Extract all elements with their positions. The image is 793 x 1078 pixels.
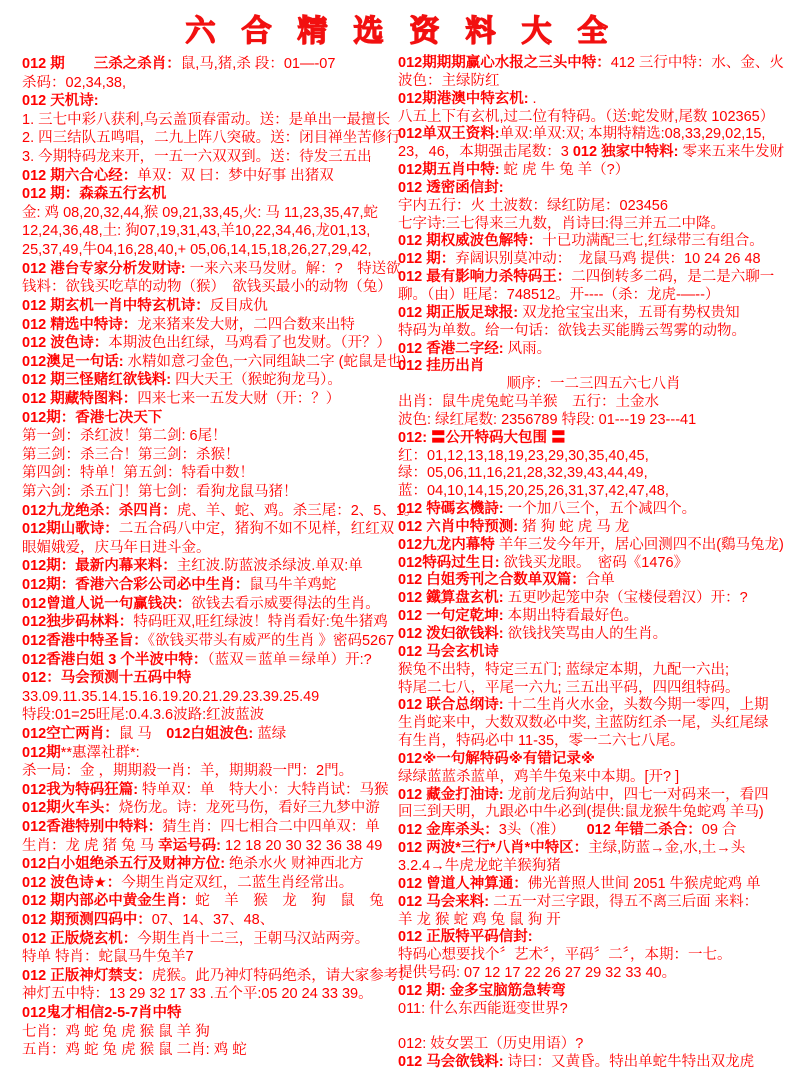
text-line: 七字诗:三七得来三九数，肖诗曰:得三并五二中降。 xyxy=(398,216,789,234)
text-line: 012 期六合心经：单双：双 曰：梦中好事 出猪双 xyxy=(22,167,394,186)
text-line: 23，46，本期强击尾数：3 012 独家中特料: 零来五来牛发财 xyxy=(398,144,789,162)
text-line xyxy=(398,1019,789,1037)
line-text: 出肖：鼠牛虎兔蛇马羊猴 五行：土金水 xyxy=(398,394,659,410)
line-label: 012空亡两肖： xyxy=(22,726,119,742)
text-line: 012期山歌诗：二五合码八中定，猪狗不如不见样，红红双 xyxy=(22,520,394,539)
text-line: 绿：05,06,11,16,21,28,32,39,43,44,49, xyxy=(398,465,789,483)
text-line: 神灯五中特：13 29 32 17 33 .五个平:05 20 24 33 39… xyxy=(22,985,394,1004)
text-line: 012 天机诗: xyxy=(22,92,394,111)
text-line: 012: 妓女罢工（历史用语）? xyxy=(398,1036,789,1054)
line-label: 012 香港二字经: xyxy=(398,341,504,357)
text-line: 特单 特肖：蛇鼠马牛兔羊7 xyxy=(22,948,394,967)
line-label: 012白姐波色: xyxy=(166,726,253,742)
line-text: 主红波.防蓝波杀绿波.单双:单 xyxy=(177,558,363,574)
text-line: 012香港白姐 3 个半波中特：（蓝双＝蓝单＝绿单）开:? xyxy=(22,651,394,670)
line-text: 生肖：龙 虎 猪 兔 马 xyxy=(22,838,158,854)
text-line: 012 正版神灯禁支：虎猴。此乃神灯特码绝杀，请大家参考！ xyxy=(22,967,394,986)
line-label: 012※一句解特码※有错记录※ xyxy=(398,751,595,767)
line-text: 四来七来一五发大财（开：？） xyxy=(137,391,340,407)
text-line: 012 鐵算盘玄机: 五更吵起笼中杂（宝楼侵碧汉）开：? xyxy=(398,590,789,608)
text-line: 012鬼才相信2-5-7肖中特 xyxy=(22,1004,394,1023)
line-text: 风雨。 xyxy=(504,341,552,357)
text-line: 012 期: 金多宝脑筋急转弯 xyxy=(398,983,789,1001)
page-title: 六合精选资料大全 xyxy=(0,0,793,49)
text-line: 012 挂历出肖 xyxy=(398,358,789,376)
line-text: 杀码：02,34,38, xyxy=(22,75,126,91)
text-line: 钱料：欲钱买吃草的动物（猴） 欲钱买最小的动物（兔） xyxy=(22,278,394,297)
line-text: 《欲钱买带头有威严的生肖 》密码5267 xyxy=(148,633,395,649)
text-line: 012澳足一句话: 水精如意刁金色,一六同组缺二字 (蛇鼠是也) xyxy=(22,353,394,372)
line-label: 012特码过生日: xyxy=(398,555,500,571)
text-line: 特码心想要找个〞艺术〞，平码〞二〞，本期：一七。 xyxy=(398,947,789,965)
text-line: 3.2.4→牛虎龙蛇羊猴狗猪 xyxy=(398,858,789,876)
text-line: 第一剑：杀红波！第二剑: 6尾！ xyxy=(22,427,394,446)
line-text: 五肖：鸡 蛇 兔 虎 猴 鼠 二肖: 鸡 蛇 xyxy=(22,1042,247,1058)
line-text: 鼠,马,猪,杀 段：01—-07 xyxy=(181,56,336,72)
line-text: 特码旺双,旺红绿波！特肖看好:兔牛猪鸡 xyxy=(133,614,388,630)
line-text: 二五合码八中定，猪狗不如不见样，红红双 xyxy=(119,521,395,537)
text-line: 012白小姐绝杀五行及财神方位: 绝杀水火 财神西北方 xyxy=(22,855,394,874)
line-text: 绿：05,06,11,16,21,28,32,39,43,44,49, xyxy=(398,465,648,481)
text-line: 012期火车头：烧伤龙。诗：龙死马伤，看好三九梦中游 xyxy=(22,799,394,818)
text-line: 33.09.11.35.14.15.16.19.20.21.29.23.39.2… xyxy=(22,688,394,707)
line-label: 012 期: 金多宝脑筋急转弯 xyxy=(398,983,566,999)
line-label: 012 正版烧玄机： xyxy=(22,931,137,947)
line-text: 猜生肖：四七相合二中四单双：单 xyxy=(162,819,380,835)
line-label: 012我为特码狂篇: xyxy=(22,782,138,798)
line-text: 诗曰：又黄昏。特出单蛇牛特出双龙虎 xyxy=(504,1054,755,1070)
line-label: 012 白姐秀刊之合数单双篇： xyxy=(398,572,586,588)
text-line: 012 曾道人神算通：佛光普照人世间 2051 牛猴虎蛇鸡 单 xyxy=(398,876,789,894)
line-label: 012 联合总纲诗: xyxy=(398,697,504,713)
line-label: 012期期期赢心水报之三头中特： xyxy=(398,55,611,71)
text-line: 绿绿蓝蓝杀蓝单，鸡羊牛兔来中本期。[开? ] xyxy=(398,769,789,787)
line-text: 有生肖，特码必中 11-35，零一二六七八尾。 xyxy=(398,733,685,749)
lottery-info-page: 六合精选资料大全 012 期 三杀之杀肖：鼠,马,猪,杀 段：01—-07杀码：… xyxy=(0,0,793,1078)
line-text: 七肖：鸡 蛇 兔 虎 猴 鼠 羊 狗 xyxy=(22,1024,210,1040)
text-line: 012 六肖中特预测: 猪 狗 蛇 虎 马 龙 xyxy=(398,519,789,537)
text-line: 012 期权威波色解特：十已功满配三七,红绿带三有组合。 xyxy=(398,233,789,251)
line-text: 绝杀水火 财神西北方 xyxy=(225,856,364,872)
line-label: 012 期 三杀之杀肖： xyxy=(22,56,181,72)
line-text: 特单 特肖：蛇鼠马牛兔羊7 xyxy=(22,949,194,965)
line-text: 本期出特看最好色。 xyxy=(504,608,639,624)
line-text: 12 18 20 30 32 36 38 49 xyxy=(221,838,382,854)
text-line: 012 白姐秀刊之合数单双篇：合单 xyxy=(398,572,789,590)
text-line: 012空亡两肖：鼠 马 012白姐波色: 蓝绿 xyxy=(22,725,394,744)
line-text: 第六剑：杀五门！第七剑：看狗龙鼠马猪！ xyxy=(22,484,298,500)
text-line: 012香港中特圣旨：《欲钱买带头有威严的生肖 》密码5267 xyxy=(22,632,394,651)
text-line: 第三剑：杀三合！第三剑：杀猴！ xyxy=(22,446,394,465)
line-label: 012香港特别中特料： xyxy=(22,819,162,835)
text-line: 012 透密函信封: xyxy=(398,180,789,198)
line-text: 一个加八三个，五个减四个。 xyxy=(504,501,697,517)
line-text: 聊。（由）旺尾：748512。开----（杀：龙虎-—--） xyxy=(398,287,719,303)
line-label: 012 港台专家分析发财诗: xyxy=(22,261,186,277)
text-line: 012 一句定乾坤: 本期出特看最好色。 xyxy=(398,608,789,626)
text-line: 012※一句解特码※有错记录※ xyxy=(398,751,789,769)
text-line: 012 期正版足球报: 双龙抢宝宝出来，五哥有势权贵知 xyxy=(398,305,789,323)
line-text: 顺序：一二三四五六七八肖 xyxy=(507,376,681,392)
line-text: 07、14、37、48、 xyxy=(152,912,275,928)
line-label: 012 期玄机一肖中特玄机诗： xyxy=(22,298,210,314)
line-text: 弃阔识别莫冲动： 龙鼠马鸡 提供：10 24 26 48 xyxy=(455,251,760,267)
line-label: 012单双王资料: xyxy=(398,126,500,142)
text-line: 杀一局：金 ，期期殺一肖：羊，期期殺一門：2門。 xyxy=(22,762,394,781)
text-line: 012九龙内幕特 羊年三发今年开，居心回测四不出(鷄马兔龙) xyxy=(398,537,789,555)
text-line: 012：马会预测十五码中特 xyxy=(22,669,394,688)
text-line: 012九龙绝杀：杀四肖：虎、羊、蛇、鸡。杀三尾：2、5、1。 xyxy=(22,502,394,521)
text-line: 012 精选中特诗：龙来猪来发大财，二四合数来出特 xyxy=(22,316,394,335)
text-line: 012独步码林料：特码旺双,旺红绿波！特肖看好:兔牛猪鸡 xyxy=(22,613,394,632)
line-text: 红：01,12,13,18,19,23,29,30,35,40,45, xyxy=(398,448,649,464)
text-line: 生肖蛇来中，大数双数必中奖, 主蓝防红杀一尾，头红尾绿 xyxy=(398,715,789,733)
text-line: 生肖：龙 虎 猪 兔 马 幸运号码: 12 18 20 30 32 36 38 … xyxy=(22,837,394,856)
line-text: 反目成仇 xyxy=(210,298,268,314)
line-label: 012鬼才相信2-5-7肖中特 xyxy=(22,1005,182,1021)
line-text: 零来五来牛发财 xyxy=(678,144,784,160)
text-line: 回三到天明，九跟必中牛必到(提供:鼠龙猴牛兔蛇鸡 羊马) xyxy=(398,804,789,822)
text-line: 012 波色诗：本期波色出红绿，马鸡看了也发财。（开？） xyxy=(22,334,394,353)
line-label: 012 一句定乾坤: xyxy=(398,608,504,624)
text-line: 3. 今期特码龙来开，一五一六双双到。送：待发三五出 xyxy=(22,148,394,167)
line-text: 欲钱找笑骂由人的生肖。 xyxy=(504,626,668,642)
line-label: 012 天机诗: xyxy=(22,93,99,109)
text-line: 2. 四三结队五鸣唱，二九上阵八突破。送：闭目禅坐苦修行 xyxy=(22,129,394,148)
line-label: 012 马会来料: xyxy=(398,894,489,910)
text-line: 012期期期赢心水报之三头中特：412 三行中特：水、金、火 xyxy=(398,55,789,73)
text-line: 012 期：弃阔识别莫冲动： 龙鼠马鸡 提供：10 24 26 48 xyxy=(398,251,789,269)
line-label: 012 透密函信封: xyxy=(398,180,504,196)
line-text: . xyxy=(529,91,537,107)
text-line: 012 联合总纲诗: 十二生肖火水金，头数今期一零四，上期 xyxy=(398,697,789,715)
line-text: 猪 狗 蛇 虎 马 龙 xyxy=(518,519,629,535)
line-label: 012 波色诗： xyxy=(22,335,108,351)
line-text: 单双:单双:双; 本期特精选:08,33,29,02,15, xyxy=(500,126,766,142)
text-line: 25,37,49,牛04,16,28,40,+ 05,06,14,15,18,2… xyxy=(22,241,394,260)
line-label: 012 独家中特料: xyxy=(573,144,679,160)
line-text: 回三到天明，九跟必中牛必到(提供:鼠龙猴牛兔蛇鸡 羊马) xyxy=(398,804,764,820)
text-line: 012期五肖中特: 蛇 虎 牛 兔 羊（?） xyxy=(398,162,789,180)
text-line: 012期：最新内幕来料：主红波.防蓝波杀绿波.单双:单 xyxy=(22,557,394,576)
text-line: 011: 什么东西能逛变世界? xyxy=(398,1001,789,1019)
line-label: 012 鐵算盘玄机: xyxy=(398,590,504,606)
line-text: 八五上下有玄机,过二位有特码。（送:蛇发财,尾数 102365） xyxy=(398,109,774,125)
line-text: 七字诗:三七得来三九数，肖诗曰:得三并五二中降。 xyxy=(398,216,725,232)
line-label: 012 期三怪赌红欲钱料: xyxy=(22,372,171,388)
line-text: 本期波色出红绿，马鸡看了也发财。（开？） xyxy=(108,335,391,351)
text-line: 012期港澳中特玄机: . xyxy=(398,91,789,109)
line-label: 012 正版特平码信封: xyxy=(398,929,533,945)
line-label: 012 两波*三行*八肖*中特区： xyxy=(398,840,588,856)
line-text: 欲钱去看示威要得法的生肖。 xyxy=(191,596,380,612)
line-text: 四大天王（猴蛇狗龙马）。 xyxy=(171,372,342,388)
line-label: 012九龙内幕特 xyxy=(398,537,495,553)
line-label: 012九龙绝杀：杀四肖： xyxy=(22,503,177,519)
line-text: 23，46，本期强击尾数：3 xyxy=(398,144,573,160)
line-text: 合单 xyxy=(586,572,615,588)
text-line: 012期：香港七决天下 xyxy=(22,409,394,428)
text-line: 特尾二七八，平尾一六九; 三五出平码，四四组特码。 xyxy=(398,680,789,698)
line-text: 特单双：单 特大小：大特肖试：马猴 xyxy=(138,782,389,798)
text-line: 012 期玄机一肖中特玄机诗：反目成仇 xyxy=(22,297,394,316)
line-label: 012 最有影响力杀特码王： xyxy=(398,269,571,285)
text-line: 特码为单数。给一句话：欲钱去买能腾云驾雾的动物。 xyxy=(398,323,789,341)
line-text: 特段:01=25旺尾:0.4.3.6波路:红波蓝波 xyxy=(22,707,264,723)
line-text: 二五一对三字跟，得五不离三后面 来料： xyxy=(489,894,758,910)
text-line: 眼媚娥爱，庆马年日进斗金。 xyxy=(22,539,394,558)
line-text: 波色: 绿红尾数: 2356789 特段: 01---19 23---41 xyxy=(398,412,696,428)
line-text: 虎猴。此乃神灯特码绝杀，请大家参考！ xyxy=(152,968,413,984)
line-text: 二四倒转多二码，是二是六聊一 xyxy=(571,269,774,285)
line-text: 09 合 xyxy=(702,822,737,838)
line-label: 012 挂历出肖 xyxy=(398,358,484,374)
text-line: 012 香港二字经: 风雨。 xyxy=(398,341,789,359)
line-text: 龙来猪来发大财，二四合数来出特 xyxy=(137,317,355,333)
text-line: 有生肖，特码必中 11-35，零一二六七八尾。 xyxy=(398,733,789,751)
right-column: 012期期期赢心水报之三头中特：412 三行中特：水、金、火波色：主绿防红012… xyxy=(398,55,789,1072)
line-text: **惠澤社群*: xyxy=(61,745,140,761)
line-label: 012独步码林料： xyxy=(22,614,133,630)
line-text: 眼媚娥爱，庆马年日进斗金。 xyxy=(22,540,211,556)
line-text: 3头（准） xyxy=(499,822,587,838)
line-label: 012澳足一句话: xyxy=(22,354,124,370)
text-line: 012 期 三杀之杀肖：鼠,马,猪,杀 段：01—-07 xyxy=(22,55,394,74)
text-line: 八五上下有玄机,过二位有特码。（送:蛇发财,尾数 102365） xyxy=(398,109,789,127)
line-text: 十二生肖火水金，头数今期一零四，上期 xyxy=(504,697,769,713)
line-label: 012期火车头： xyxy=(22,800,119,816)
line-text: 第一剑：杀红波！第二剑: 6尾！ xyxy=(22,428,227,444)
line-label: 012期五肖中特: xyxy=(398,162,500,178)
line-label: 012期港澳中特玄机: xyxy=(398,91,529,107)
text-line: 012: 〓公开特码大包围 〓 xyxy=(398,430,789,448)
text-line: 聊。（由）旺尾：748512。开----（杀：龙虎-—--） xyxy=(398,287,789,305)
text-line: 特段:01=25旺尾:0.4.3.6波路:红波蓝波 xyxy=(22,706,394,725)
line-text: （蓝双＝蓝单＝绿单）开:? xyxy=(207,652,371,668)
line-text: 412 三行中特：水、金、火 xyxy=(611,55,784,71)
line-label: 012 金库杀头： xyxy=(398,822,499,838)
line-text: 神灯五中特：13 29 32 17 33 .五个平:05 20 24 33 39… xyxy=(22,986,373,1002)
line-label: 012香港中特圣旨： xyxy=(22,633,148,649)
line-label: 012 年错二杀合： xyxy=(587,822,702,838)
text-line: 猴兔不出特，特定三五门; 蓝绿定本期，九配一六出; xyxy=(398,662,789,680)
text-line: 012 马会玄机诗 xyxy=(398,644,789,662)
line-text: 钱料：欲钱买吃草的动物（猴） 欲钱买最小的动物（兔） xyxy=(22,279,392,295)
line-text: 蓝绿 xyxy=(253,726,286,742)
text-line: 1. 三七中彩八获利,乌云盖顶春雷动。送：是单出一最擅长 xyxy=(22,111,394,130)
line-text: 3. 今期特码龙来开，一五一六双双到。送：待发三五出 xyxy=(22,149,372,165)
line-label: 012期：最新内幕来料： xyxy=(22,558,177,574)
text-line: 012 最有影响力杀特码王：二四倒转多二码，是二是六聊一 xyxy=(398,269,789,287)
text-line: 宇内五行：火 土波数：绿红防尾：023456 xyxy=(398,198,789,216)
line-text: 蛇 虎 牛 兔 羊（?） xyxy=(500,162,630,178)
line-text: 特尾二七八，平尾一六九; 三五出平码，四四组特码。 xyxy=(398,680,740,696)
line-label: 012：马会预测十五码中特 xyxy=(22,670,191,686)
text-line: 五肖：鸡 蛇 兔 虎 猴 鼠 二肖: 鸡 蛇 xyxy=(22,1041,394,1060)
line-label: 012 特碼玄機詩: xyxy=(398,501,504,517)
line-label: 012曾道人说一句赢钱决： xyxy=(22,596,191,612)
text-line: 012我为特码狂篇: 特单双：单 特大小：大特肖试：马猴 xyxy=(22,781,394,800)
line-text: 十已功满配三七,红绿带三有组合。 xyxy=(542,233,764,249)
line-text: 011: 什么东西能逛变世界? xyxy=(398,1001,568,1017)
text-line: 012 两波*三行*八肖*中特区：主绿,防蓝→金,水,土→头 xyxy=(398,840,789,858)
text-line: 12,24,36,48,土: 狗07,19,31,43,羊10,22,34,46… xyxy=(22,222,394,241)
text-line: 第四剑：特单！第五剑：特看中数！ xyxy=(22,464,394,483)
line-label: 012 期预测四码中： xyxy=(22,912,152,928)
line-label: 012 正版神灯禁支： xyxy=(22,968,152,984)
text-line: 提供号码: 07 12 17 22 26 27 29 32 33 40。 xyxy=(398,965,789,983)
line-text: 绿绿蓝蓝杀蓝单，鸡羊牛兔来中本期。[开? ] xyxy=(398,769,679,785)
text-line: 红：01,12,13,18,19,23,29,30,35,40,45, xyxy=(398,448,789,466)
line-label: 012 期藏特图料： xyxy=(22,391,137,407)
line-label: 012 精选中特诗： xyxy=(22,317,137,333)
line-text: 五更吵起笼中杂（宝楼侵碧汉）开：? xyxy=(504,590,748,606)
line-text: 第三剑：杀三合！第三剑：杀猴！ xyxy=(22,447,240,463)
line-text: 宇内五行：火 土波数：绿红防尾：023456 xyxy=(398,198,668,214)
text-line: 012 正版烧玄机：今期生肖十二三，王朝马汉站两旁。 xyxy=(22,930,394,949)
text-line: 杀码：02,34,38, xyxy=(22,74,394,93)
text-line: 012 正版特平码信封: xyxy=(398,929,789,947)
text-line: 012 期预测四码中：07、14、37、48、 xyxy=(22,911,394,930)
line-label: 012 期权威波色解特： xyxy=(398,233,542,249)
line-text: 鼠 马 xyxy=(119,726,167,742)
text-line: 012 期藏特图料：四来七来一五发大财（开：？） xyxy=(22,390,394,409)
line-text: 羊年三发今年开，居心回测四不出(鷄马兔龙) xyxy=(495,537,784,553)
line-text: 龙前龙后狗站中，四七一对码来一，看四 xyxy=(504,787,769,803)
line-text: 2. 四三结队五鸣唱，二九上阵八突破。送：闭目禅坐苦修行 xyxy=(22,130,401,146)
line-text: 第四剑：特单！第五剑：特看中数！ xyxy=(22,465,254,481)
text-line: 012 泼妇欲钱料: 欲钱找笑骂由人的生肖。 xyxy=(398,626,789,644)
text-line: 羊 龙 猴 蛇 鸡 兔 鼠 狗 开 xyxy=(398,912,789,930)
line-text: 25,37,49,牛04,16,28,40,+ 05,06,14,15,18,2… xyxy=(22,242,372,258)
content-columns: 012 期 三杀之杀肖：鼠,马,猪,杀 段：01—-07杀码：02,34,38,… xyxy=(0,49,793,1072)
line-text: 单双：双 曰：梦中好事 出猪双 xyxy=(137,168,334,184)
line-text: 羊 龙 猴 蛇 鸡 兔 鼠 狗 开 xyxy=(398,912,561,928)
line-text: 特码为单数。给一句话：欲钱去买能腾云驾雾的动物。 xyxy=(398,323,746,339)
line-label: 012 马会欲钱料: xyxy=(398,1054,504,1070)
text-line: 012曾道人说一句赢钱决：欲钱去看示威要得法的生肖。 xyxy=(22,595,394,614)
line-text: 双龙抢宝宝出来，五哥有势权贵知 xyxy=(518,305,740,321)
text-line: 第六剑：杀五门！第七剑：看狗龙鼠马猪！ xyxy=(22,483,394,502)
line-label: 012期：香港七决天下 xyxy=(22,410,162,426)
line-label: 012 期：森森五行玄机 xyxy=(22,186,166,202)
line-text: 生肖蛇来中，大数双数必中奖, 主蓝防红杀一尾，头红尾绿 xyxy=(398,715,769,731)
line-label: 012 期： xyxy=(398,251,455,267)
text-line: 012 金库杀头：3头（准） 012 年错二杀合：09 合 xyxy=(398,822,789,840)
line-label: 012白小姐绝杀五行及财神方位: xyxy=(22,856,225,872)
text-line: 顺序：一二三四五六七八肖 xyxy=(398,376,789,394)
line-label: 012 曾道人神算通： xyxy=(398,876,528,892)
line-text: 今期生肖十二三，王朝马汉站两旁。 xyxy=(137,931,369,947)
line-label: 012香港白姐 3 个半波中特： xyxy=(22,652,207,668)
line-text: 鼠马牛羊鸡蛇 xyxy=(249,577,336,593)
line-text: 1. 三七中彩八获利,乌云盖顶春雷动。送：是单出一最擅长 xyxy=(22,112,390,128)
line-text: 杀一局：金 ，期期殺一肖：羊，期期殺一門：2門。 xyxy=(22,763,353,779)
line-text: 佛光普照人世间 2051 牛猴虎蛇鸡 单 xyxy=(528,876,761,892)
line-text: 虎、羊、蛇、鸡。杀三尾：2、5、1。 xyxy=(177,503,419,519)
line-text: 33.09.11.35.14.15.16.19.20.21.29.23.39.2… xyxy=(22,689,319,705)
line-label: 012期：香港六合彩公司必中生肖： xyxy=(22,577,249,593)
line-label: 012 期正版足球报: xyxy=(398,305,518,321)
text-line: 012 港台专家分析发财诗: 一来六来马发财。解：? 特送欲 xyxy=(22,260,394,279)
line-text: 欲钱买龙眼。 密码《1476》 xyxy=(500,555,689,571)
line-text: 水精如意刁金色,一六同组缺二字 (蛇鼠是也) xyxy=(124,354,407,370)
text-line: 012 期三怪赌红欲钱料: 四大天王（猴蛇狗龙马）。 xyxy=(22,371,394,390)
line-text: 蛇 羊 猴 龙 狗 鼠 兔 xyxy=(195,893,384,909)
text-line: 012 藏金打油诗: 龙前龙后狗站中，四七一对码来一，看四 xyxy=(398,787,789,805)
line-label: 012 藏金打油诗: xyxy=(398,787,504,803)
line-text: 烧伤龙。诗：龙死马伤，看好三九梦中游 xyxy=(119,800,380,816)
line-label: 012 泼妇欲钱料: xyxy=(398,626,504,642)
line-label: 012: 〓公开特码大包围 〓 xyxy=(398,430,566,446)
line-text: 特码心想要找个〞艺术〞，平码〞二〞，本期：一七。 xyxy=(398,947,732,963)
text-line: 七肖：鸡 蛇 兔 虎 猴 鼠 羊 狗 xyxy=(22,1023,394,1042)
line-label: 012 期内部必中黄金生肖： xyxy=(22,893,195,909)
line-text: 012: 妓女罢工（历史用语）? xyxy=(398,1036,583,1052)
line-label: 幸运号码: xyxy=(158,838,221,854)
text-line: 蓝：04,10,14,15,20,25,26,31,37,42,47,48, xyxy=(398,483,789,501)
text-line: 012香港特别中特料：猜生肖：四七相合二中四单双：单 xyxy=(22,818,394,837)
line-label: 012 期六合心经： xyxy=(22,168,137,184)
line-text: 提供号码: 07 12 17 22 26 27 29 32 33 40。 xyxy=(398,965,676,981)
line-label: 012期 xyxy=(22,745,61,761)
line-text: 主绿,防蓝→金,水,土→头 xyxy=(588,840,745,856)
line-label: 012 马会玄机诗 xyxy=(398,644,499,660)
text-line: 012 波色诗★：今期生肖定双红，二蓝生肖经常出。 xyxy=(22,874,394,893)
text-line: 012 马会来料: 二五一对三字跟，得五不离三后面 来料： xyxy=(398,894,789,912)
text-line: 012 期内部必中黄金生肖：蛇 羊 猴 龙 狗 鼠 兔 xyxy=(22,892,394,911)
text-line: 出肖：鼠牛虎兔蛇马羊猴 五行：土金水 xyxy=(398,394,789,412)
text-line: 012 马会欲钱料: 诗曰：又黄昏。特出单蛇牛特出双龙虎 xyxy=(398,1054,789,1072)
line-text: 猴兔不出特，特定三五门; 蓝绿定本期，九配一六出; xyxy=(398,662,729,678)
text-line: 012单双王资料:单双:单双:双; 本期特精选:08,33,29,02,15, xyxy=(398,126,789,144)
line-label: 012期山歌诗： xyxy=(22,521,119,537)
line-text: 蓝：04,10,14,15,20,25,26,31,37,42,47,48, xyxy=(398,483,669,499)
line-text: 波色：主绿防红 xyxy=(398,73,500,89)
text-line: 012期：香港六合彩公司必中生肖：鼠马牛羊鸡蛇 xyxy=(22,576,394,595)
text-line: 波色：主绿防红 xyxy=(398,73,789,91)
line-text: 一来六来马发财。解：? 特送欲 xyxy=(186,261,401,277)
line-text: 金: 鸡 08,20,32,44,猴 09,21,33,45,火: 马 11,2… xyxy=(22,205,378,221)
line-label: 012 波色诗★： xyxy=(22,875,121,891)
text-line: 金: 鸡 08,20,32,44,猴 09,21,33,45,火: 马 11,2… xyxy=(22,204,394,223)
text-line: 012特码过生日: 欲钱买龙眼。 密码《1476》 xyxy=(398,555,789,573)
left-column: 012 期 三杀之杀肖：鼠,马,猪,杀 段：01—-07杀码：02,34,38,… xyxy=(22,55,394,1060)
text-line: 波色: 绿红尾数: 2356789 特段: 01---19 23---41 xyxy=(398,412,789,430)
line-text: 今期生肖定双红，二蓝生肖经常出。 xyxy=(121,875,353,891)
text-line: 012 期：森森五行玄机 xyxy=(22,185,394,204)
line-label: 012 六肖中特预测: xyxy=(398,519,518,535)
text-line: 012 特碼玄機詩: 一个加八三个，五个减四个。 xyxy=(398,501,789,519)
text-line: 012期**惠澤社群*: xyxy=(22,744,394,763)
line-text: 12,24,36,48,土: 狗07,19,31,43,羊10,22,34,46… xyxy=(22,223,370,239)
line-text: 3.2.4→牛虎龙蛇羊猴狗猪 xyxy=(398,858,561,874)
